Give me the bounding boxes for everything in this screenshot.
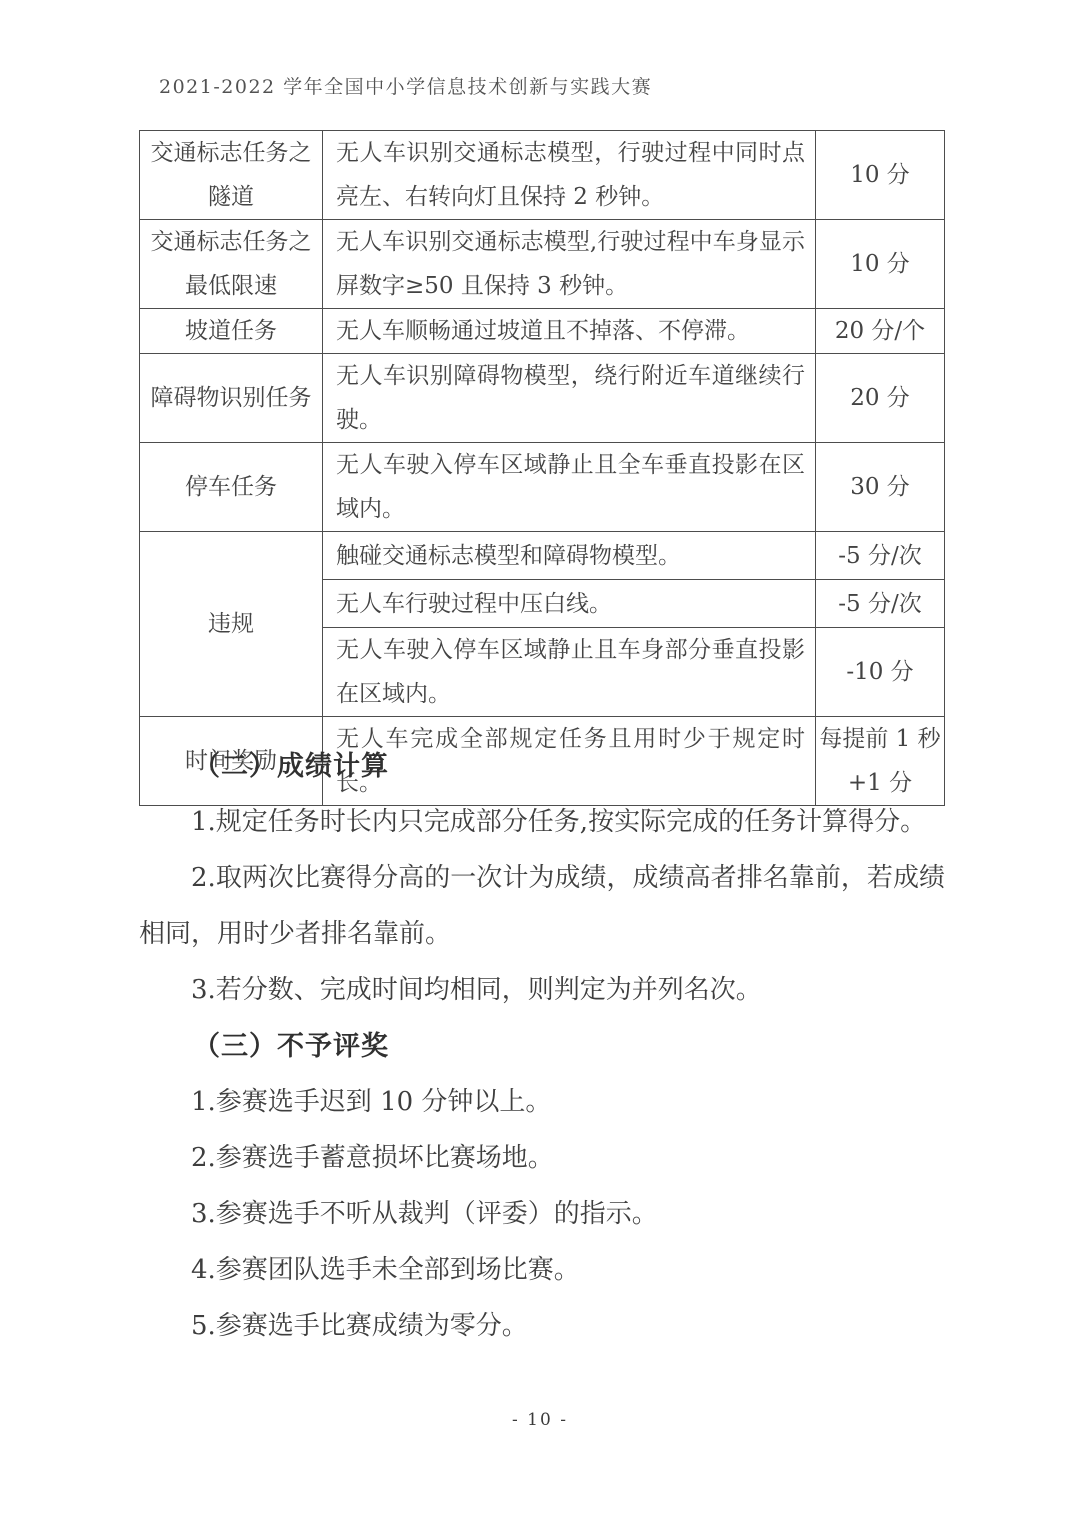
paragraph: 1.规定任务时长内只完成部分任务,按实际完成的任务计算得分。 xyxy=(139,794,945,850)
list-item: 4.参赛团队选手未全部到场比赛。 xyxy=(139,1242,945,1298)
criteria-cell: 无人车驶入停车区域静止且车身部分垂直投影在区域内。 xyxy=(323,628,816,717)
criteria-cell: 触碰交通标志模型和障碍物模型。 xyxy=(323,532,816,580)
section-heading-score-calculation: （二）成绩计算 xyxy=(139,738,945,794)
score-cell: 20 分/个 xyxy=(816,309,945,354)
score-cell: -10 分 xyxy=(816,628,945,717)
page-number: - 10 - xyxy=(0,1410,1080,1430)
document-header: 2021-2022 学年全国中小学信息技术创新与实践大赛 xyxy=(159,72,652,99)
list-item: 5.参赛选手比赛成绩为零分。 xyxy=(139,1298,945,1354)
list-item: 3.参赛选手不听从裁判（评委）的指示。 xyxy=(139,1186,945,1242)
table-row: 交通标志任务之 隧道 无人车识别交通标志模型，行驶过程中同时点亮左、右转向灯且保… xyxy=(140,131,945,220)
score-cell: -5 分/次 xyxy=(816,532,945,580)
task-cell: 交通标志任务之 隧道 xyxy=(140,131,323,220)
table-row: 违规 触碰交通标志模型和障碍物模型。 -5 分/次 xyxy=(140,532,945,580)
score-cell: 10 分 xyxy=(816,131,945,220)
list-item: 1.参赛选手迟到 10 分钟以上。 xyxy=(139,1074,945,1130)
score-cell: -5 分/次 xyxy=(816,580,945,628)
criteria-cell: 无人车识别障碍物模型，绕行附近车道继续行驶。 xyxy=(323,354,816,443)
task-cell: 违规 xyxy=(140,532,323,717)
score-cell: 10 分 xyxy=(816,220,945,309)
paragraph: 3.若分数、完成时间均相同，则判定为并列名次。 xyxy=(139,962,945,1018)
table-row: 交通标志任务之 最低限速 无人车识别交通标志模型,行驶过程中车身显示屏数字≥50… xyxy=(140,220,945,309)
document-page: 2021-2022 学年全国中小学信息技术创新与实践大赛 交通标志任务之 隧道 … xyxy=(0,0,1080,1527)
task-cell: 坡道任务 xyxy=(140,309,323,354)
score-table: 交通标志任务之 隧道 无人车识别交通标志模型，行驶过程中同时点亮左、右转向灯且保… xyxy=(139,130,945,806)
task-cell: 停车任务 xyxy=(140,443,323,532)
criteria-cell: 无人车识别交通标志模型，行驶过程中同时点亮左、右转向灯且保持 2 秒钟。 xyxy=(323,131,816,220)
table-row: 停车任务 无人车驶入停车区域静止且全车垂直投影在区域内。 30 分 xyxy=(140,443,945,532)
table-row: 障碍物识别任务 无人车识别障碍物模型，绕行附近车道继续行驶。 20 分 xyxy=(140,354,945,443)
table-row: 坡道任务 无人车顺畅通过坡道且不掉落、不停滞。 20 分/个 xyxy=(140,309,945,354)
criteria-cell: 无人车识别交通标志模型,行驶过程中车身显示屏数字≥50 且保持 3 秒钟。 xyxy=(323,220,816,309)
document-body: （二）成绩计算 1.规定任务时长内只完成部分任务,按实际完成的任务计算得分。 2… xyxy=(139,738,945,1354)
score-cell: 30 分 xyxy=(816,443,945,532)
list-item: 2.参赛选手蓄意损坏比赛场地。 xyxy=(139,1130,945,1186)
task-cell: 障碍物识别任务 xyxy=(140,354,323,443)
section-heading-no-award: （三）不予评奖 xyxy=(139,1018,945,1074)
criteria-cell: 无人车顺畅通过坡道且不掉落、不停滞。 xyxy=(323,309,816,354)
criteria-cell: 无人车驶入停车区域静止且全车垂直投影在区域内。 xyxy=(323,443,816,532)
task-cell: 交通标志任务之 最低限速 xyxy=(140,220,323,309)
score-cell: 20 分 xyxy=(816,354,945,443)
criteria-cell: 无人车行驶过程中压白线。 xyxy=(323,580,816,628)
paragraph: 2.取两次比赛得分高的一次计为成绩，成绩高者排名靠前，若成绩相同，用时少者排名靠… xyxy=(139,850,945,962)
